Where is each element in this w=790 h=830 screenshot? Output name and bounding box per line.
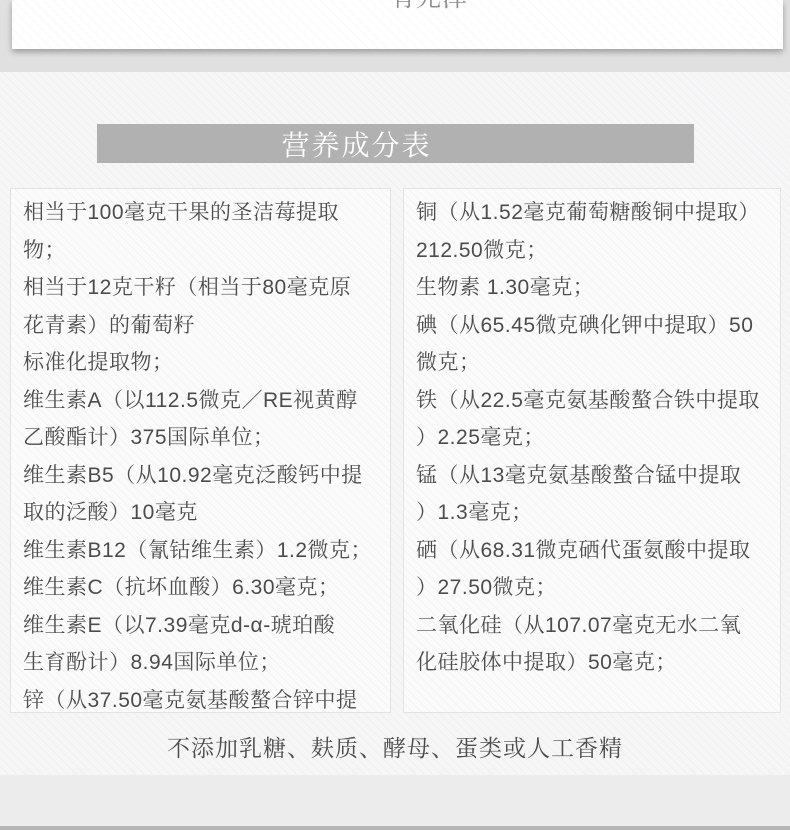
nutrient-entry: 硒（从68.31微克硒代蛋氨酸中提取 ）27.50微克；: [416, 532, 768, 607]
nutrient-entry: 维生素E（以7.39毫克d-α-琥珀酸 生育酚计）8.94国际单位；: [23, 607, 378, 682]
nutrient-entry: 维生素B12（氰钴维生素）1.2微克；: [23, 532, 378, 570]
nutrient-entry: 维生素B5（从10.92毫克泛酸钙中提 取的泛酸）10毫克: [23, 457, 378, 532]
nutrition-column-right: 铜（从1.52毫克葡萄糖酸铜中提取） 212.50微克；生物素 1.30毫克；碘…: [403, 188, 781, 713]
nutrition-section: 营养成分表 相当于100毫克干果的圣洁莓提取物；相当于12克干籽（相当于80毫克…: [0, 72, 790, 775]
nutrient-entry: 相当于100毫克干果的圣洁莓提取物；: [23, 194, 378, 269]
nutrient-entry: 标准化提取物；: [23, 344, 378, 382]
allergen-note: 不添加乳糖、麸质、酵母、蛋类或人工香精: [0, 730, 790, 763]
nutrition-columns: 相当于100毫克干果的圣洁莓提取物；相当于12克干籽（相当于80毫克原 花青素）…: [10, 188, 781, 713]
nutrient-entry: 维生素C（抗坏血酸）6.30毫克；: [23, 569, 378, 607]
section-title: 营养成分表: [281, 124, 431, 164]
nutrient-entry: 锰（从13毫克氨基酸螯合锰中提取 ）1.3毫克；: [416, 457, 768, 532]
nutrient-entry: 二氧化硅（从107.07毫克无水二氧 化硅胶体中提取）50毫克；: [416, 607, 768, 682]
nutrient-entry: 生物素 1.30毫克；: [416, 269, 768, 307]
nutrient-entry: 维生素A（以112.5微克／RE视黄醇 乙酸酯计）375国际单位；: [23, 382, 378, 457]
product-detail-page: 有光泽 营养成分表 相当于100毫克干果的圣洁莓提取物；相当于12克干籽（相当于…: [0, 0, 790, 830]
section-header-bar: 营养成分表: [97, 124, 694, 163]
banner-caption: 有光泽: [390, 0, 468, 13]
nutrient-entry: 锌（从37.50毫克氨基酸螯合锌中提 取）7.5毫克: [23, 682, 378, 714]
nutrition-column-left: 相当于100毫克干果的圣洁莓提取物；相当于12克干籽（相当于80毫克原 花青素）…: [10, 188, 391, 713]
nutrient-entry: 碘（从65.45微克碘化钾中提取）50 微克；: [416, 307, 768, 382]
bottom-spacer: [0, 775, 790, 830]
next-section-edge: [0, 826, 790, 830]
nutrient-entry: 铜（从1.52毫克葡萄糖酸铜中提取） 212.50微克；: [416, 194, 768, 269]
model-hair-photo: [110, 0, 341, 49]
nutrient-entry: 铁（从22.5毫克氨基酸螯合铁中提取 ）2.25毫克；: [416, 382, 768, 457]
nutrient-entry: 相当于12克干籽（相当于80毫克原 花青素）的葡萄籽: [23, 269, 378, 344]
top-banner-panel: 有光泽: [12, 0, 783, 49]
